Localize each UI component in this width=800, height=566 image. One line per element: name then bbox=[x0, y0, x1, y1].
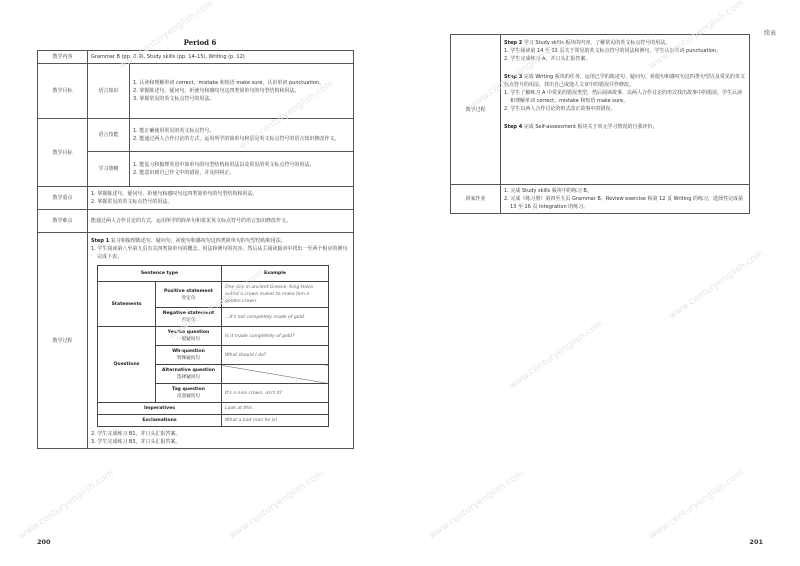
row-goals-skills: 教学目标 语言技能 1. 能正确使用常见的英文标点符号。 2. 能通过两人合作讨… bbox=[38, 119, 354, 152]
example-cell: Look at this. bbox=[222, 403, 329, 415]
list-item: 2. 学生完成练习 B1，并口头汇报答案。 bbox=[91, 430, 350, 438]
strategy-list: 1. 能复习和梳理英语中简单句的句型结构和用法以及常见的英文标点符号的用法。 2… bbox=[130, 152, 354, 187]
step-2-title: Step 2 bbox=[504, 40, 522, 46]
label-goals-1: 教学目标 bbox=[38, 64, 88, 119]
label-goals-2: 教学目标 bbox=[38, 119, 88, 187]
list-item: 2. 学生以两人合作讨论的形式改正故事中的错误。 bbox=[504, 105, 746, 113]
list-item: 2. 掌握陈述句、疑问句、祈使句和感叹句这四类简单句的句型结构和用法。 bbox=[133, 87, 350, 95]
sublabel-strategy: 学习策略 bbox=[88, 152, 130, 187]
step-2: Step 2 学习 Study skills 板块的内容，了解常见的英文标点符号… bbox=[504, 39, 746, 47]
difficult-points-text: 能通过两人合作讨论的方式，运用所学的简单句和常见英文标点符号的语言知识修改作文。 bbox=[88, 210, 354, 233]
label-process: 教学过程 bbox=[451, 35, 501, 185]
type-imperatives: Imperatives bbox=[98, 403, 222, 415]
page-title: Period 6 bbox=[0, 38, 400, 47]
list-item: 2. 能通过两人合作讨论的方式，运用所学的简单句和常见英文标点符号的语言知识修改… bbox=[133, 135, 350, 143]
left-page: Period 6 教学内容 Grammar B (pp. 8–9), Study… bbox=[0, 0, 400, 566]
example-cell-empty bbox=[222, 365, 329, 384]
skills-list: 1. 能正确使用常见的英文标点符号。 2. 能通过两人合作讨论的方式，运用所学的… bbox=[130, 119, 354, 152]
list-item: 3. 掌握常见的英文标点符号的用法。 bbox=[133, 95, 350, 103]
knowledge-list: 1. 认读和理解单词 correct、mistake 和短语 make sure… bbox=[130, 64, 354, 119]
list-item: 1. 能复习和梳理英语中简单句的句型结构和用法以及常见的英文标点符号的用法。 bbox=[133, 161, 350, 169]
group-statements: Statements bbox=[98, 282, 156, 327]
sentence-type-table: Sentence type Example Statements Positiv… bbox=[97, 265, 329, 427]
example-cell: ...it's not completely made of gold. bbox=[222, 308, 329, 327]
sublabel-skills: 语言技能 bbox=[88, 119, 130, 152]
example-cell: It's a nice crown, isn't it? bbox=[222, 384, 329, 403]
header-sentence-type: Sentence type bbox=[98, 266, 222, 282]
list-item: 1. 能正确使用常见的英文标点符号。 bbox=[133, 127, 350, 135]
list-item: 3. 学生完成练习 B3，并口头汇报答案。 bbox=[91, 438, 350, 446]
sublabel-knowledge: 语言知识 bbox=[88, 64, 130, 119]
type-cell: Yes/No question一般疑问句 bbox=[156, 327, 222, 346]
list-item: 1. 学生阅读第 14 至 15 页关于常见的英文标点符号的用法和例句，学生认识… bbox=[504, 47, 746, 55]
lesson-plan-table: 教学内容 Grammar B (pp. 8–9), Study skills (… bbox=[37, 50, 354, 449]
step-3-text: 完成 Writing 板块的任务，运用已学的陈述句、疑问句、祈使句和感叹句这四类… bbox=[504, 74, 745, 88]
step-3: Step 3 完成 Writing 板块的任务，运用已学的陈述句、疑问句、祈使句… bbox=[504, 73, 746, 89]
row-process: 教学过程 Step 1 复习和梳理陈述句、疑问句、祈使句和感叹句这四类简单句的句… bbox=[38, 233, 354, 449]
example-cell: What should I do? bbox=[222, 346, 329, 365]
list-item: 1. 学生阅读第八至第九页有关四类简单句的概念、用法和例句的内容，然后从主阅读篇… bbox=[91, 245, 350, 261]
type-cell: Alternative question选择疑问句 bbox=[156, 365, 222, 384]
list-item: 1. 完成 Study skills 板块中的练习 B。 bbox=[504, 187, 746, 195]
step-4-title: Step 4 bbox=[504, 124, 522, 130]
type-cell: Positive statement肯定句 bbox=[156, 282, 222, 308]
label-difficult-points: 教学难点 bbox=[38, 210, 88, 233]
row-difficult-points: 教学难点 能通过两人合作讨论的方式，运用所学的简单句和常见英文标点符号的语言知识… bbox=[38, 210, 354, 233]
lesson-plan-table-continued: 教学过程 Step 2 学习 Study skills 板块的内容，了解常见的英… bbox=[450, 34, 750, 214]
type-cell: Tag question反意疑问句 bbox=[156, 384, 222, 403]
type-exclamations: Exclamations bbox=[98, 415, 222, 427]
right-page: 续表 教学过程 Step 2 学习 Study skills 板块的内容，了解常… bbox=[400, 0, 800, 566]
example-cell: One day in ancient Greece, King Hiero as… bbox=[222, 282, 329, 308]
label-process: 教学过程 bbox=[38, 233, 88, 449]
list-item: 2. 完成《练习册》第四至五页 Grammar B、Review exercis… bbox=[504, 195, 746, 211]
list-item: 2. 能意识到自己作文中的错误，并及时纠正。 bbox=[133, 169, 350, 177]
group-questions: Questions bbox=[98, 327, 156, 403]
label-homework: 回家作业 bbox=[451, 185, 501, 214]
page-number-right: 201 bbox=[749, 538, 763, 546]
row-homework: 回家作业 1. 完成 Study skills 板块中的练习 B。 2. 完成《… bbox=[451, 185, 750, 214]
row-process-continued: 教学过程 Step 2 学习 Study skills 板块的内容，了解常见的英… bbox=[451, 35, 750, 185]
row-goals-knowledge: 教学目标 语言知识 1. 认读和理解单词 correct、mistake 和短语… bbox=[38, 64, 354, 119]
list-item: 1. 学生了解练习 A 中常见的错误类型，然后阅读故事，以两人合作讨论的形式找出… bbox=[504, 89, 746, 105]
type-cell: Wh-question特殊疑问句 bbox=[156, 346, 222, 365]
step-4: Step 4 完成 Self-assessment 板块关于单元学习情况的自我评… bbox=[504, 123, 746, 131]
homework-list: 1. 完成 Study skills 板块中的练习 B。 2. 完成《练习册》第… bbox=[501, 185, 750, 214]
step-1-title: Step 1 bbox=[91, 238, 109, 244]
page-number-left: 200 bbox=[37, 538, 51, 546]
row-key-points: 教学重点 1. 掌握陈述句、疑问句、祈使句和感叹句这四类简单句的句型结构和用法。… bbox=[38, 187, 354, 210]
row-content: 教学内容 Grammar B (pp. 8–9), Study skills (… bbox=[38, 51, 354, 64]
step-3-title: Step 3 bbox=[504, 74, 522, 80]
list-item: 2. 学生完成练习 A，并口头汇报答案。 bbox=[504, 55, 746, 63]
content-text: Grammar B (pp. 8–9), Study skills (pp. 1… bbox=[88, 51, 354, 64]
step-1: Step 1 复习和梳理陈述句、疑问句、祈使句和感叹句这四类简单句的句型结构和用… bbox=[91, 237, 350, 245]
step-4-text: 完成 Self-assessment 板块关于单元学习情况的自我评价。 bbox=[524, 124, 658, 130]
list-item: 2. 掌握常见的英文标点符号的用法。 bbox=[91, 198, 350, 206]
process-cell: Step 2 学习 Study skills 板块的内容，了解常见的英文标点符号… bbox=[501, 35, 750, 185]
label-key-points: 教学重点 bbox=[38, 187, 88, 210]
header-example: Example bbox=[222, 266, 329, 282]
step-2-text: 学习 Study skills 板块的内容，了解常见的英文标点符号的用法。 bbox=[524, 40, 670, 46]
example-cell: What a bad man he is! bbox=[222, 415, 329, 427]
label-content: 教学内容 bbox=[38, 51, 88, 64]
key-points-list: 1. 掌握陈述句、疑问句、祈使句和感叹句这四类简单句的句型结构和用法。 2. 掌… bbox=[88, 187, 354, 210]
example-cell: Is it made completely of gold? bbox=[222, 327, 329, 346]
step-1-text: 复习和梳理陈述句、疑问句、祈使句和感叹句这四类简单句的句型结构和用法。 bbox=[111, 238, 286, 244]
list-item: 1. 认读和理解单词 correct、mistake 和短语 make sure… bbox=[133, 79, 350, 87]
list-item: 1. 掌握陈述句、疑问句、祈使句和感叹句这四类简单句的句型结构和用法。 bbox=[91, 190, 350, 198]
continued-label: 续表 bbox=[764, 28, 776, 37]
type-cell: Negative statement否定句 bbox=[156, 308, 222, 327]
process-cell: Step 1 复习和梳理陈述句、疑问句、祈使句和感叹句这四类简单句的句型结构和用… bbox=[88, 233, 354, 449]
